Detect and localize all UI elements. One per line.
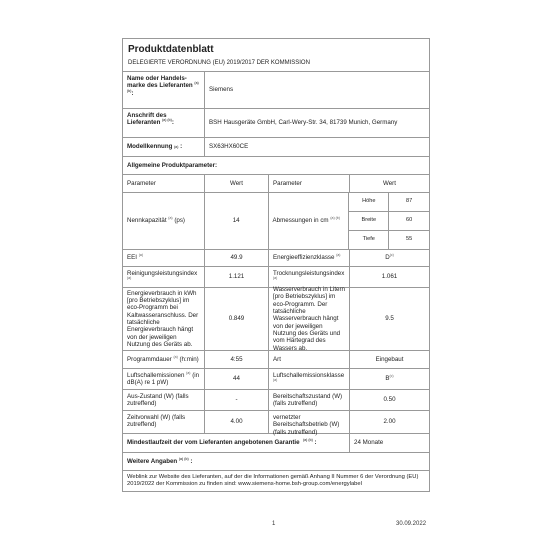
header-value-2: Wert	[349, 175, 429, 192]
standby-value: 0.50	[349, 390, 429, 410]
noise-class-value: B(c)	[349, 369, 429, 389]
delay-network-row: Zeitvorwahl (W) (falls zutreffend) 4.00 …	[123, 410, 429, 433]
header-parameter-1: Parameter	[123, 175, 204, 192]
supplier-address-label: Anschrift des Lieferanten (a) (b):	[123, 109, 204, 137]
title-row: Produktdatenblatt	[123, 39, 429, 59]
capacity-dimensions-row: Nennkapazität (a) (ps) 14 Abmessungen in…	[123, 192, 429, 249]
consumption-row: Energieverbrauch in kWh [pro Betriebszyk…	[123, 287, 429, 350]
standby-label: Bereitschaftszustand (W) (falls zutreffe…	[268, 390, 349, 410]
supplier-address-row: Anschrift des Lieferanten (a) (b): BSH H…	[123, 108, 429, 137]
dimension-label: Höhe	[349, 193, 388, 211]
weblink-row: Weblink zur Website des Lieferanten, auf…	[123, 470, 429, 491]
cleaning-value: 1.121	[204, 267, 268, 287]
product-data-sheet: Produktdatenblatt DELEGIERTE VERORDNUNG …	[122, 38, 430, 492]
more-info-label: Weitere Angaben (a) (b) :	[123, 453, 429, 470]
dimension-value: 55	[388, 231, 429, 249]
performance-row: Reinigungsleistungsindex(a) 1.121 Trockn…	[123, 266, 429, 287]
noise-value: 44	[204, 369, 268, 389]
page-number: 1	[272, 521, 275, 527]
off-standby-row: Aus-Zustand (W) (falls zutreffend) - Ber…	[123, 389, 429, 410]
general-params-label: Allgemeine Produktparameter:	[123, 157, 429, 174]
energy-class-label: Energieeffizienzklasse (a)	[268, 250, 349, 266]
dimensions-label: Abmessungen in cm (a) (b)	[268, 193, 349, 249]
dimension-value: 87	[388, 193, 429, 211]
noise-class-label: Luftschallemissionsklasse(a)	[268, 369, 349, 389]
energy-consumption-label: Energieverbrauch in kWh [pro Betriebszyk…	[123, 288, 204, 350]
dimension-row: Höhe 87	[349, 193, 429, 211]
supplier-name-label: Name oder Handels-marke des Lieferanten …	[123, 72, 204, 108]
type-label: Art	[268, 351, 349, 368]
noise-label: Luftschallemissionen (a) (in dB(A) re 1 …	[123, 369, 204, 389]
params-header-row: Parameter Wert Parameter Wert	[123, 174, 429, 192]
model-row: Modellkennung (a) : SX63HX60CE	[123, 137, 429, 156]
warranty-value: 24 Monate	[349, 434, 429, 452]
model-value: SX63HX60CE	[204, 138, 429, 156]
header-parameter-2: Parameter	[268, 175, 349, 192]
regulation-row: DELEGIERTE VERORDNUNG (EU) 2019/2017 DER…	[123, 59, 429, 71]
dimension-value: 60	[388, 212, 429, 230]
dimension-row: Breite 60	[349, 211, 429, 230]
water-consumption-value: 9.5	[349, 288, 429, 350]
duration-value: 4:55	[204, 351, 268, 368]
regulation-text: DELEGIERTE VERORDNUNG (EU) 2019/2017 DER…	[123, 59, 315, 71]
model-label: Modellkennung (a) :	[123, 138, 204, 156]
general-params-row: Allgemeine Produktparameter:	[123, 156, 429, 174]
off-mode-label: Aus-Zustand (W) (falls zutreffend)	[123, 390, 204, 410]
dimension-label: Breite	[349, 212, 388, 230]
duration-label: Programmdauer (a) (h:min)	[123, 351, 204, 368]
header-value-1: Wert	[204, 175, 268, 192]
water-consumption-label: Wasserverbrauch in Litern [pro Betriebsz…	[268, 288, 349, 350]
more-info-row: Weitere Angaben (a) (b) :	[123, 452, 429, 470]
document-date: 30.09.2022	[396, 521, 426, 527]
dimension-label: Tiefe	[349, 231, 388, 249]
off-mode-value: -	[204, 390, 268, 410]
dimensions-table: Höhe 87 Breite 60 Tiefe 55	[348, 193, 429, 249]
energy-class-value: D(c)	[349, 250, 429, 266]
cleaning-label: Reinigungsleistungsindex(a)	[123, 267, 204, 287]
supplier-address-value: BSH Hausgeräte GmbH, Carl-Wery-Str. 34, …	[204, 109, 429, 137]
type-value: Eingebaut	[349, 351, 429, 368]
supplier-name-value: Siemens	[204, 72, 429, 108]
weblink-text: Weblink zur Website des Lieferanten, auf…	[123, 471, 429, 491]
capacity-label: Nennkapazität (a) (ps)	[123, 193, 204, 249]
energy-consumption-value: 0.849	[204, 288, 268, 350]
warranty-label: Mindestlaufzeit der vom Lieferanten ange…	[123, 434, 349, 452]
delay-start-value: 4.00	[204, 411, 268, 433]
capacity-value: 14	[204, 193, 268, 249]
drying-value: 1.061	[349, 267, 429, 287]
drying-label: Trocknungsleistungsindex(a)	[268, 267, 349, 287]
eei-row: EEI (a) 49.9 Energieeffizienzklasse (a) …	[123, 249, 429, 266]
supplier-name-row: Name oder Handels-marke des Lieferanten …	[123, 71, 429, 108]
noise-row: Luftschallemissionen (a) (in dB(A) re 1 …	[123, 368, 429, 389]
eei-value: 49.9	[204, 250, 268, 266]
networked-standby-label: vernetzter Bereitschaftsbetrieb (W) (fal…	[268, 411, 349, 433]
dimension-row: Tiefe 55	[349, 230, 429, 249]
duration-row: Programmdauer (a) (h:min) 4:55 Art Einge…	[123, 350, 429, 368]
networked-standby-value: 2.00	[349, 411, 429, 433]
document-title: Produktdatenblatt	[123, 39, 219, 59]
eei-label: EEI (a)	[123, 250, 204, 266]
warranty-row: Mindestlaufzeit der vom Lieferanten ange…	[123, 433, 429, 452]
delay-start-label: Zeitvorwahl (W) (falls zutreffend)	[123, 411, 204, 433]
